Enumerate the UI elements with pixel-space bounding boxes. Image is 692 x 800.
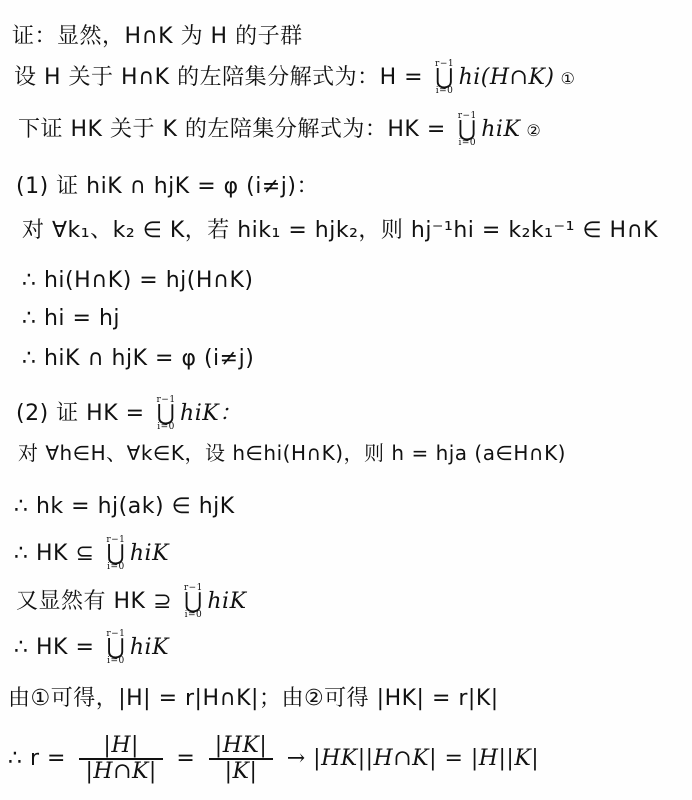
fraction-hk-over-k: |HK||K|	[209, 734, 273, 784]
line-prefix: 又显然有 HK ⊇	[16, 589, 179, 614]
fraction-h-over-h-cap-k: |H||H∩K|	[79, 734, 162, 784]
union-icon: ⋃	[105, 545, 127, 563]
fraction-numerator: |H|	[79, 734, 162, 760]
equals-sign: =	[169, 746, 203, 771]
line-suffix: hiK	[130, 541, 169, 566]
line-suffix: hi(H∩K)	[459, 65, 555, 90]
union-icon: ⋃	[105, 639, 127, 657]
union-icon: ⋃	[456, 121, 478, 139]
part-1-step-cosets-equal: ∴ hi(H∩K) = hj(H∩K)	[22, 266, 254, 296]
line-text: ∴ hi(H∩K) = hj(H∩K)	[22, 268, 254, 293]
union-symbol: r−1⋃i=0	[155, 396, 177, 432]
union-lower-limit: i=0	[155, 423, 177, 432]
fraction-numerator: |HK|	[209, 734, 273, 760]
final-result-line: ∴ r = |H||H∩K| = |HK||K| → |HK||H∩K| = |…	[8, 734, 539, 784]
part-1-assumption: 对 ∀k₁、k₂ ∈ K，若 hik₁ = hjk₂，则 hj⁻¹hi = k₂…	[22, 216, 658, 246]
union-symbol: r−1⋃i=0	[105, 536, 127, 572]
line-text: ∴ hi = hj	[22, 306, 120, 331]
union-icon: ⋃	[182, 593, 204, 611]
line-prefix: 下证 HK 关于 K 的左陪集分解式为：HK =	[18, 117, 453, 142]
part-1-heading: (1) 证 hiK ∩ hjK = φ (i≠j)：	[16, 172, 319, 202]
union-lower-limit: i=0	[182, 611, 204, 620]
line-suffix: → |HK||H∩K| = |H||K|	[279, 746, 539, 771]
part-2-step-superset: 又显然有 HK ⊇ r−1⋃i=0hiK	[16, 584, 247, 620]
line-prefix: ∴ r =	[8, 746, 73, 771]
part-1-step-hi-equals-hj: ∴ hi = hj	[22, 304, 120, 334]
line-suffix: hiK	[130, 635, 169, 660]
left-coset-decomposition-h: 设 H 关于 H∩K 的左陪集分解式为：H = r−1⋃i=0hi(H∩K)①	[14, 60, 575, 96]
handwritten-proof-page: 证：显然，H∩K 为 H 的子群 设 H 关于 H∩K 的左陪集分解式为：H =…	[0, 0, 692, 800]
fraction-denominator: |H∩K|	[79, 760, 162, 784]
union-lower-limit: i=0	[105, 657, 127, 666]
union-lower-limit: i=0	[456, 139, 478, 148]
union-symbol: r−1⋃i=0	[105, 630, 127, 666]
union-symbol: r−1⋃i=0	[182, 584, 204, 620]
line-prefix: (2) 证 HK =	[16, 401, 152, 426]
line-text: ∴ hk = hj(ak) ∈ hjK	[14, 494, 235, 519]
equation-marker-2: ②	[526, 121, 541, 140]
line-suffix: hiK：	[180, 401, 242, 426]
part-1-conclusion: ∴ hiK ∩ hjK = φ (i≠j)	[22, 344, 254, 374]
part-2-step-hk-in-hjk: ∴ hk = hj(ak) ∈ hjK	[14, 492, 235, 522]
line-text: 对 ∀k₁、k₂ ∈ K，若 hik₁ = hjk₂，则 hj⁻¹hi = k₂…	[22, 218, 658, 243]
line-text: ∴ hiK ∩ hjK = φ (i≠j)	[22, 346, 254, 371]
union-symbol: r−1⋃i=0	[456, 112, 478, 148]
line-text: 由①可得，|H| = r|H∩K|；由②可得 |HK| = r|K|	[8, 686, 499, 711]
line-text: 证：显然，H∩K 为 H 的子群	[12, 24, 303, 49]
proof-intro-line: 证：显然，H∩K 为 H 的子群	[12, 22, 303, 52]
part-2-conclusion: ∴ HK = r−1⋃i=0hiK	[14, 630, 169, 666]
line-suffix: hiK	[481, 117, 520, 142]
line-text: (1) 证 hiK ∩ hjK = φ (i≠j)：	[16, 174, 319, 199]
line-suffix: hiK	[207, 589, 246, 614]
union-lower-limit: i=0	[105, 563, 127, 572]
line-prefix: ∴ HK ⊆	[14, 541, 102, 566]
line-prefix: 设 H 关于 H∩K 的左陪集分解式为：H =	[14, 65, 431, 90]
part-2-step-subset: ∴ HK ⊆ r−1⋃i=0hiK	[14, 536, 169, 572]
order-relations-line: 由①可得，|H| = r|H∩K|；由②可得 |HK| = r|K|	[8, 684, 499, 714]
line-text: 对 ∀h∈H、∀k∈K，设 h∈hi(H∩K)，则 h = hja (a∈H∩K…	[18, 441, 566, 465]
union-icon: ⋃	[434, 69, 456, 87]
fraction-denominator: |K|	[209, 760, 273, 784]
union-lower-limit: i=0	[434, 87, 456, 96]
part-2-assumption: 对 ∀h∈H、∀k∈K，设 h∈hi(H∩K)，则 h = hja (a∈H∩K…	[18, 438, 566, 468]
equation-marker-1: ①	[561, 69, 576, 88]
union-symbol: r−1⋃i=0	[434, 60, 456, 96]
line-prefix: ∴ HK =	[14, 635, 102, 660]
left-coset-decomposition-hk: 下证 HK 关于 K 的左陪集分解式为：HK = r−1⋃i=0hiK②	[18, 112, 541, 148]
union-icon: ⋃	[155, 405, 177, 423]
part-2-heading: (2) 证 HK = r−1⋃i=0hiK：	[16, 396, 242, 432]
